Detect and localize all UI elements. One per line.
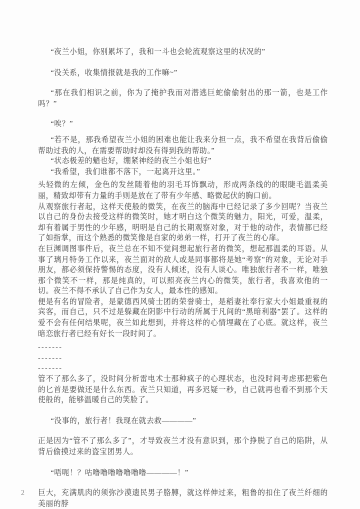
paragraph-dialogue: “没事的，旅行者！我现在就去救————” — [38, 416, 328, 427]
paragraph-dialogue: “若不是，那我希望夜兰小姐的困难也能让我来分担一点，我不希望在我背后偷偷帮助过我… — [38, 135, 328, 156]
page-text-content: “夜兰小姐，你别累坏了，我和一斗也会轮流观察这里的状况的” “没关系，收集情报就… — [38, 47, 328, 509]
paragraph-narrative: 在巨渊调图事件后，夜兰总在不知不觉间想起旅行者的微笑，想起那温柔的耳语。从事了璃… — [38, 244, 328, 297]
paragraph-dialogue: “我希望，我们谁都不落下，一起离开这里。” — [38, 167, 328, 178]
separator-line: ------- — [38, 363, 328, 374]
paragraph-narrative: 管不了那么多了，没时间分析雷电术士那种疯子的心理状态，也没时间考虑那把紫色的匕首… — [38, 374, 328, 406]
paragraph-dialogue: “夜兰小姐，你别累坏了，我和一斗也会轮流观察这里的状况的” — [38, 47, 328, 58]
page-number: 2 — [21, 489, 25, 497]
paragraph-dialogue: “状态极差的魈也好，绷紧神经的夜兰小姐也好” — [38, 156, 328, 167]
paragraph-narrative: 正是因为“管不了那么多了”，才导致夜兰才没有意识到，那个挣脱了自己的陷阱，从背后… — [38, 436, 328, 457]
document-page: “夜兰小姐，你别累坏了，我和一斗也会轮流观察这里的状况的” “没关系，收集情报就… — [0, 0, 360, 509]
paragraph-dialogue: “唔呃！？咕噜噜噜噜噜噜噜————！” — [38, 468, 328, 479]
paragraph-dialogue: “那在我们相识之前，你为了掩护我而对潜逃巨蛇偷偷射出的那一箭，也是工作吗？” — [38, 88, 328, 109]
separator-line: ------- — [38, 342, 328, 353]
paragraph-narrative: 头轻微的左倾，金色的发丝随着他的羽毛耳饰飘动，形成两条线的的眼睫毛温柔美丽，精致… — [38, 180, 328, 201]
separator-line: ------- — [38, 353, 328, 364]
paragraph-narrative: 从观察旅行者起，这样天使般的微笑，在夜兰的脑海中已经记录了多少回呢？当夜兰以自己… — [38, 202, 328, 244]
paragraph-narrative: 巨大，充满肌肉的须弥沙漠遗民男子胳膊，就这样伸过来，粗鲁的扣住了夜兰纤细的美丽的… — [38, 488, 328, 509]
paragraph-dialogue: “没关系，收集情报就是我的工作嘛~” — [38, 68, 328, 79]
paragraph-dialogue: “唉？” — [38, 119, 328, 130]
paragraph-narrative: 便是有名的冒险者，是蒙德西风骑士团的荣誉骑士，是稻妻社奉行家大小姐最重视的宾客，… — [38, 297, 328, 339]
